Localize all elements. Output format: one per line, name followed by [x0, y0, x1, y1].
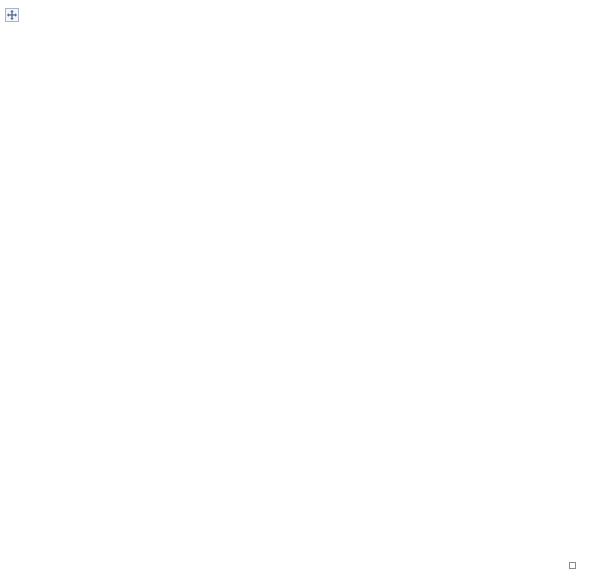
move-cross-icon: [6, 9, 18, 21]
table-resize-handle[interactable]: [569, 562, 576, 569]
document-page: [0, 0, 600, 572]
table-move-handle[interactable]: [5, 8, 19, 22]
